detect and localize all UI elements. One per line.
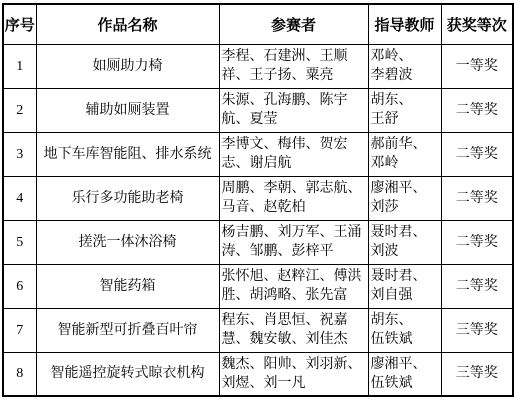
advisor-line: 聂时君、 (371, 223, 438, 242)
column-header-4: 获奖等次 (441, 4, 513, 44)
cell-index: 5 (3, 220, 36, 264)
table-row: 8智能遥控旋转式晾衣机构魏杰、阳帅、刘羽新、刘煜、刘一凡廖湘平、伍铁斌三等奖 (3, 352, 513, 396)
advisor-line: 廖湘平、 (371, 179, 438, 198)
column-header-1: 作品名称 (36, 4, 219, 44)
cell-work-name: 智能新型可折叠百叶帘 (36, 308, 219, 352)
table-row: 1如厕助力椅李程、石建洲、王顺祥、王子扬、粟亮邓岭、李碧波一等奖 (3, 44, 513, 88)
cell-participants: 魏杰、阳帅、刘羽新、刘煜、刘一凡 (219, 352, 368, 396)
cell-work-name: 辅助如厕装置 (36, 88, 219, 132)
cell-participants: 周鹏、李朝、郭志航、马音、赵乾柏 (219, 176, 368, 220)
cell-advisors: 郝前华、邓岭 (368, 132, 441, 176)
cell-participants: 程东、肖思恒、祝嘉慧、魏安敏、刘佳杰 (219, 308, 368, 352)
cell-work-name: 乐行多功能助老椅 (36, 176, 219, 220)
advisor-line: 郝前华、 (371, 135, 438, 154)
cell-advisors: 胡东、王舒 (368, 88, 441, 132)
cell-award: 二等奖 (441, 176, 513, 220)
cell-work-name: 智能遥控旋转式晾衣机构 (36, 352, 219, 396)
cell-participants: 李博文、梅伟、贺宏志、谢启航 (219, 132, 368, 176)
cell-advisors: 聂时君、刘自强 (368, 264, 441, 308)
awards-table: 序号作品名称参赛者指导教师获奖等次 1如厕助力椅李程、石建洲、王顺祥、王子扬、粟… (2, 3, 514, 397)
table-row: 4乐行多功能助老椅周鹏、李朝、郭志航、马音、赵乾柏廖湘平、刘莎二等奖 (3, 176, 513, 220)
advisor-line: 伍铁斌 (371, 374, 438, 393)
table-header-row: 序号作品名称参赛者指导教师获奖等次 (3, 4, 513, 44)
cell-advisors: 廖湘平、刘莎 (368, 176, 441, 220)
advisor-line: 邓岭、 (371, 47, 438, 66)
cell-award: 二等奖 (441, 220, 513, 264)
cell-participants: 朱源、孔海鹏、陈宇航、夏莹 (219, 88, 368, 132)
table-row: 3地下车库智能阻、排水系统李博文、梅伟、贺宏志、谢启航郝前华、邓岭二等奖 (3, 132, 513, 176)
advisor-line: 胡东、 (371, 91, 438, 110)
table-row: 6智能药箱张怀旭、赵粹江、傅洪胜、胡鸿略、张先富聂时君、刘自强二等奖 (3, 264, 513, 308)
cell-index: 3 (3, 132, 36, 176)
cell-award: 二等奖 (441, 132, 513, 176)
cell-participants: 杨吉鹏、刘万军、王涌涛、邹鹏、彭梓平 (219, 220, 368, 264)
cell-advisors: 廖湘平、伍铁斌 (368, 352, 441, 396)
cell-index: 8 (3, 352, 36, 396)
cell-index: 2 (3, 88, 36, 132)
cell-award: 一等奖 (441, 44, 513, 88)
advisor-line: 伍铁斌 (371, 330, 438, 349)
cell-work-name: 搓洗一体沐浴椅 (36, 220, 219, 264)
cell-advisors: 邓岭、李碧波 (368, 44, 441, 88)
advisor-line: 廖湘平、 (371, 355, 438, 374)
cell-award: 二等奖 (441, 264, 513, 308)
cell-index: 7 (3, 308, 36, 352)
cell-award: 三等奖 (441, 308, 513, 352)
cell-index: 4 (3, 176, 36, 220)
cell-work-name: 地下车库智能阻、排水系统 (36, 132, 219, 176)
cell-advisors: 胡东、伍铁斌 (368, 308, 441, 352)
advisor-line: 刘自强 (371, 286, 438, 305)
cell-advisors: 聂时君、刘波 (368, 220, 441, 264)
column-header-3: 指导教师 (368, 4, 441, 44)
table-row: 2辅助如厕装置朱源、孔海鹏、陈宇航、夏莹胡东、王舒二等奖 (3, 88, 513, 132)
cell-index: 6 (3, 264, 36, 308)
advisor-line: 刘莎 (371, 198, 438, 217)
column-header-2: 参赛者 (219, 4, 368, 44)
cell-participants: 李程、石建洲、王顺祥、王子扬、粟亮 (219, 44, 368, 88)
cell-index: 1 (3, 44, 36, 88)
advisor-line: 邓岭 (371, 154, 438, 173)
advisor-line: 聂时君、 (371, 267, 438, 286)
cell-work-name: 智能药箱 (36, 264, 219, 308)
advisor-line: 李碧波 (371, 66, 438, 85)
table-row: 7智能新型可折叠百叶帘程东、肖思恒、祝嘉慧、魏安敏、刘佳杰胡东、伍铁斌三等奖 (3, 308, 513, 352)
document-page: 序号作品名称参赛者指导教师获奖等次 1如厕助力椅李程、石建洲、王顺祥、王子扬、粟… (0, 0, 514, 401)
cell-award: 三等奖 (441, 352, 513, 396)
column-header-0: 序号 (3, 4, 36, 44)
advisor-line: 胡东、 (371, 311, 438, 330)
advisor-line: 刘波 (371, 242, 438, 261)
table-row: 5搓洗一体沐浴椅杨吉鹏、刘万军、王涌涛、邹鹏、彭梓平聂时君、刘波二等奖 (3, 220, 513, 264)
cell-award: 二等奖 (441, 88, 513, 132)
cell-work-name: 如厕助力椅 (36, 44, 219, 88)
advisor-line: 王舒 (371, 110, 438, 129)
table-body: 1如厕助力椅李程、石建洲、王顺祥、王子扬、粟亮邓岭、李碧波一等奖2辅助如厕装置朱… (3, 44, 513, 396)
cell-participants: 张怀旭、赵粹江、傅洪胜、胡鸿略、张先富 (219, 264, 368, 308)
